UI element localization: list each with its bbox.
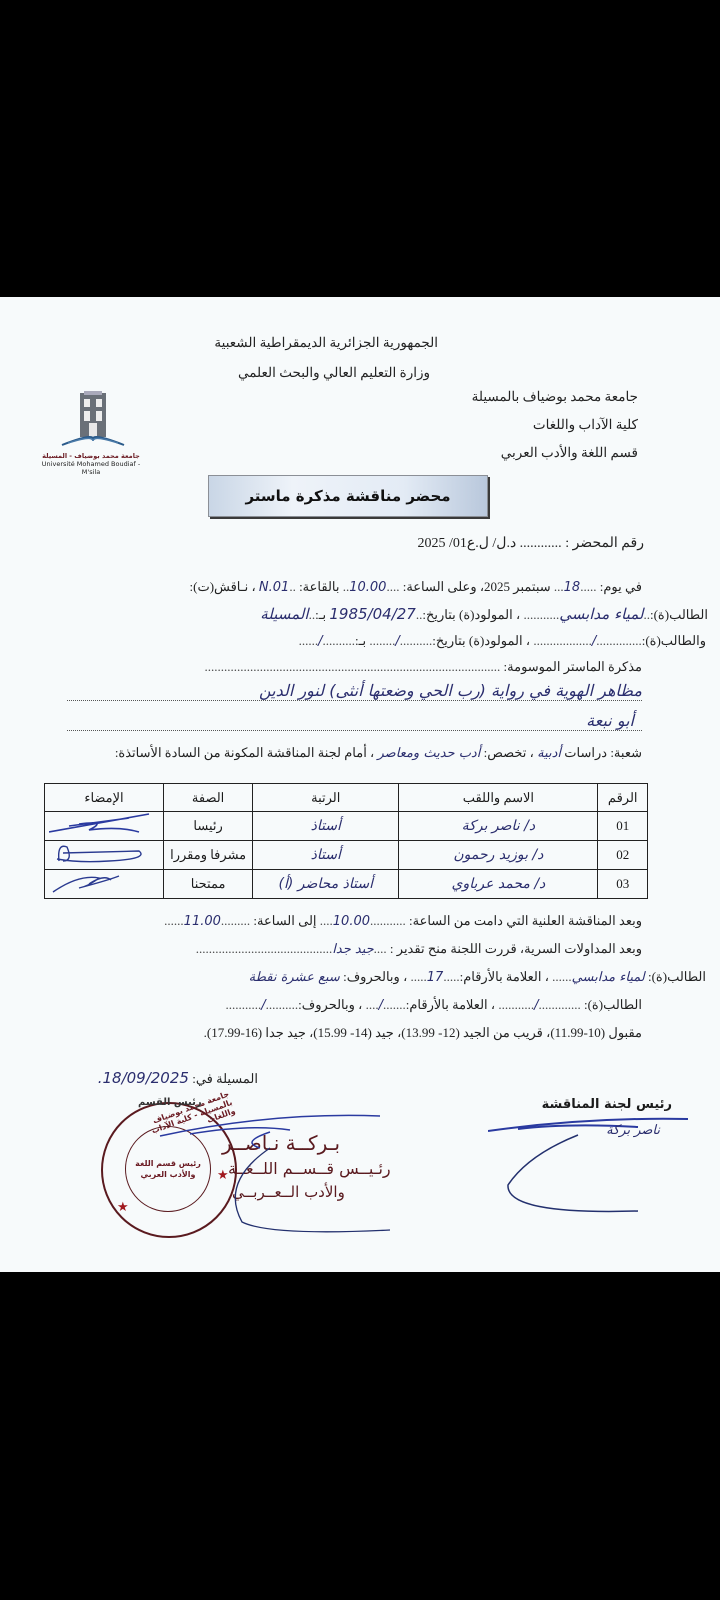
session-day: 18	[564, 580, 581, 595]
mark-digits: 17	[427, 970, 444, 985]
student1-birthplace: المسيلة	[260, 605, 308, 623]
result2-line: الطالب(ة): ............./........... ، ا…	[226, 997, 642, 1013]
thesis-title-line1: مظاهر الهوية في رواية (رب الحي وضعتها أن…	[67, 681, 642, 701]
ministry-header: وزارة التعليم العالي والبحث العلمي	[238, 365, 430, 381]
department-name: قسم اللغة والأدب العربي	[501, 445, 638, 461]
session-time: 10.00	[349, 580, 386, 595]
record-number: رقم المحضر : ............ د.ل/ ل.ع01/ 20…	[417, 535, 644, 552]
jury-table-header: الرقم الاسم واللقب الرتبة الصفة الإمضاء	[45, 784, 648, 812]
dept-head-signature-icon	[150, 1112, 390, 1242]
signature-icon	[49, 841, 159, 865]
committee-president-label: رئيس لجنة المناقشة	[542, 1097, 672, 1112]
result1-line: الطالب(ة): لمياء مدابسي...... ، العلامة …	[249, 969, 706, 985]
committee-president-name: ناصر بركة	[606, 1123, 660, 1138]
thesis-title-line2: أبو نبعة	[67, 711, 642, 731]
student1-line: الطالب(ة):..لمياء مدابسي........... ، ال…	[260, 605, 708, 623]
signature-cell	[45, 812, 164, 841]
signature-cell	[45, 841, 164, 870]
table-row: 02 د/ بوزيد رحمون أستاذ مشرفا ومقررا	[45, 841, 648, 870]
grade-value: جيد جدا	[332, 942, 373, 957]
logo-caption: جامعة محمد بوضياف - المسيلة Université M…	[36, 452, 146, 476]
public-discussion-line: وبعد المناقشة العلنية التي دامت من الساع…	[164, 913, 642, 929]
session-room: N.01	[259, 580, 289, 595]
table-row: 01 د/ ناصر بركة أستاذ رئيسا	[45, 812, 648, 841]
mark-words: سبع عشرة نقطة	[249, 970, 340, 985]
table-row: 03 د/ محمد عرباوي أستاذ محاضر (أ) ممتحنا	[45, 870, 648, 899]
document-page: الجمهورية الجزائرية الديمقراطية الشعبية …	[0, 297, 720, 1272]
dept-head-label: رئيس القسم	[138, 1097, 202, 1108]
document-title-box: محضر مناقشة مذكرة ماستر	[208, 475, 488, 517]
faculty-name: كلية الآداب واللغات	[533, 417, 638, 433]
document-title: محضر مناقشة مذكرة ماستر	[245, 487, 450, 505]
session-line: في يوم: .....18... سبتمبر 2025، وعلى الس…	[190, 579, 642, 595]
student1-birthdate: 1985/04/27	[329, 605, 415, 623]
university-name: جامعة محمد بوضياف بالمسيلة	[472, 389, 638, 405]
thesis-label-line: مذكرة الماستر الموسومة: ................…	[205, 659, 642, 675]
grading-scale: مقبول (10-11.99)، قريب من الجيد (12- 13.…	[204, 1025, 642, 1041]
signature-cell	[45, 870, 164, 899]
student2-line: والطالب(ة):............../..............…	[299, 633, 706, 649]
star-icon: ★	[117, 1200, 129, 1215]
place-date: المسيلة في: 18/09/2025.	[98, 1069, 258, 1087]
student1-name: لمياء مدابسي	[559, 605, 643, 623]
signature-icon	[49, 870, 159, 894]
jury-table: الرقم الاسم واللقب الرتبة الصفة الإمضاء …	[44, 783, 648, 899]
specialty-line: شعبة: دراسات أدبية ، تخصص: أدب حديث ومعا…	[115, 745, 642, 761]
signature-icon	[49, 812, 159, 836]
deliberation-line: وبعد المداولات السرية، قررت اللجنة منح ت…	[196, 941, 642, 957]
republic-header: الجمهورية الجزائرية الديمقراطية الشعبية	[214, 335, 438, 351]
